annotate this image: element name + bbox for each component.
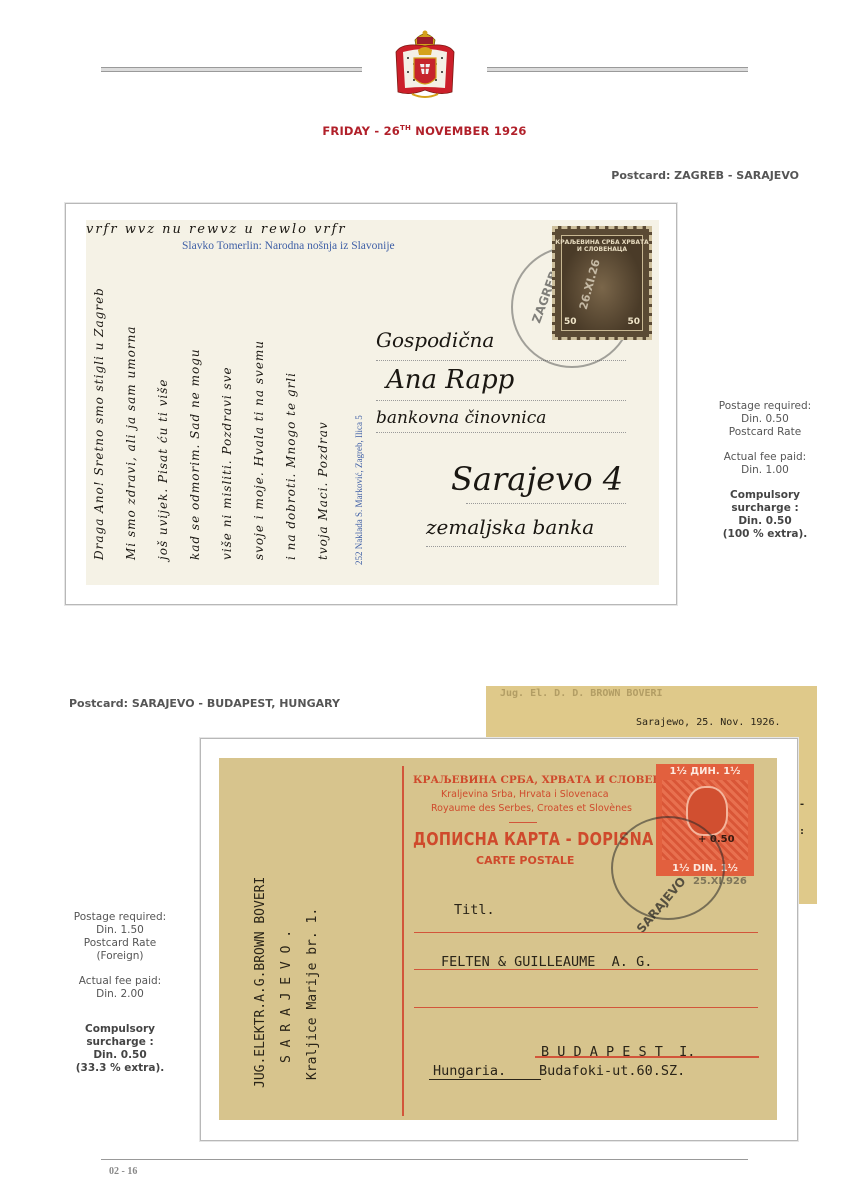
address-line	[414, 969, 758, 970]
actual-fee-block: Actual fee paid: Din. 2.00	[40, 975, 200, 1001]
address-line-1: Gospodična	[376, 328, 494, 352]
title-french: Royaume des Serbes, Croates et Slovènes	[431, 803, 632, 814]
page-date-title: FRIDAY - 26TH NOVEMBER 1926	[0, 124, 849, 138]
address-dotline	[426, 546, 626, 547]
postcard-sarajevo-budapest: JUG.ELEKTR.A.G.BROWN BOVERI S A R A J E …	[219, 758, 777, 1120]
surcharge-percent: (33.3 % extra).	[40, 1062, 200, 1075]
title-separator	[509, 822, 537, 823]
address-dotline	[376, 400, 626, 401]
message-topline: vrfr wvz nu rewvz u rewlo vrfr	[86, 222, 347, 237]
actual-fee-label: Actual fee paid:	[40, 975, 200, 988]
addr-country: Hungaria.	[433, 1063, 506, 1079]
sender-line-3: Kraljice Marije br. 1.	[305, 908, 320, 1080]
message-line: više ni misliti. Pozdravi sve	[220, 366, 234, 560]
address-line-4: Sarajevo 4	[451, 460, 623, 498]
message-line: još uvijek. Pisat ću ti više	[156, 379, 170, 560]
surcharge-percent: (100 % extra).	[690, 528, 840, 541]
postage-rate: Postcard Rate	[40, 937, 200, 950]
title-latin: Kraljevina Srba, Hrvata i Slovenaca	[441, 789, 609, 800]
postmark-date: 25.XI.926	[693, 876, 747, 887]
country-underline	[429, 1079, 541, 1080]
header-rule-left	[101, 67, 362, 72]
date-month-year: NOVEMBER 1926	[411, 124, 527, 138]
surcharge-value: Din. 0.50	[40, 1049, 200, 1062]
page-number: 02 - 16	[109, 1166, 137, 1177]
actual-fee-block: Actual fee paid: Din. 1.00	[690, 451, 840, 477]
surcharge-label: Compulsory	[690, 489, 840, 502]
date-day: FRIDAY - 26	[322, 124, 400, 138]
address-dotline	[466, 503, 626, 504]
postcard-zagreb-sarajevo: vrfr wvz nu rewvz u rewlo vrfr Slavko To…	[86, 220, 659, 585]
stamp-top-value: 1½ ДИН. 1½	[656, 766, 754, 777]
address-line-3: bankovna činovnica	[376, 408, 546, 428]
postage-rate: Postcard Rate	[690, 426, 840, 439]
address-dotline	[376, 432, 626, 433]
actual-fee-label: Actual fee paid:	[690, 451, 840, 464]
city-underline	[535, 1056, 759, 1058]
message-line: kad se odmorim. Sad ne mogu	[188, 348, 202, 560]
message-line: i na dobroti. Mnogo te grli	[284, 372, 298, 560]
publisher-line: Slavko Tomerlin: Narodna nošnja iz Slavo…	[182, 240, 395, 252]
surcharge-value: Din. 0.50	[690, 515, 840, 528]
date-ordinal: TH	[400, 124, 411, 132]
sender-line-2: S A R A J E V O .	[279, 930, 294, 1063]
postage-required-block: Postage required: Din. 1.50 Postcard Rat…	[40, 911, 200, 963]
actual-fee-value: Din. 2.00	[40, 988, 200, 1001]
item2-rate-notes: Postage required: Din. 1.50 Postcard Rat…	[40, 911, 200, 1087]
stamp-value-left: 50	[564, 317, 577, 327]
postage-required-label: Postage required:	[40, 911, 200, 924]
message-line: tvoja Maci. Pozdrav	[316, 421, 330, 560]
actual-fee-value: Din. 1.00	[690, 464, 840, 477]
item1-rate-notes: Postage required: Din. 0.50 Postcard Rat…	[690, 400, 840, 553]
footer-rule	[101, 1159, 748, 1160]
address-line-2: Ana Rapp	[386, 365, 514, 395]
header-rule-right	[487, 67, 748, 72]
surcharge-label: Compulsory	[40, 1023, 200, 1036]
stamp-value-right: 50	[627, 317, 640, 327]
item2-caption: Postcard: SARAJEVO - BUDAPEST, HUNGARY	[69, 697, 340, 710]
postage-required-value: Din. 0.50	[690, 413, 840, 426]
address-line	[414, 932, 758, 933]
sender-line-1: JUG.ELEKTR.A.G.BROWN BOVERI	[253, 877, 268, 1088]
addr-street: Budafoki-ut.60.SZ.	[539, 1063, 685, 1079]
title-cyrillic: КРАЉЕВИНА СРБА, ХРВАТА И СЛОВЕНАЦА	[413, 774, 690, 786]
surcharge-label-2: surcharge :	[690, 502, 840, 515]
address-line	[414, 1007, 758, 1008]
postage-scope: (Foreign)	[40, 950, 200, 963]
publisher-imprint: 252 Naklada S. Marković, Zagreb, Ilica 5	[354, 415, 364, 565]
message-line: Draga Ano! Sretno smo stigli u Zagreb	[92, 287, 106, 560]
message-line: svoje i moje. Hvala ti na svemu	[252, 340, 266, 560]
stamp-top-text: КРАЉЕВИНА СРБА ХРВАТА И СЛОВЕНАЦА	[555, 239, 649, 253]
address-line-5: zemaljska banka	[426, 515, 594, 539]
letter-date: Sarajewo, 25. Nov. 1926.	[636, 717, 781, 728]
postage-required-block: Postage required: Din. 0.50 Postcard Rat…	[690, 400, 840, 439]
surcharge-label-2: surcharge :	[40, 1036, 200, 1049]
item1-caption: Postcard: ZAGREB - SARAJEVO	[611, 169, 799, 182]
surcharge-block: Compulsory surcharge : Din. 0.50 (33.3 %…	[40, 1023, 200, 1075]
postage-stamp-50: КРАЉЕВИНА СРБА ХРВАТА И СЛОВЕНАЦА 50 50	[552, 226, 652, 340]
addr-name: FELTEN & GUILLEAUME A. G.	[441, 954, 652, 970]
postage-required-label: Postage required:	[690, 400, 840, 413]
letterhead: Jug. El. D. D. BROWN BOVERI	[500, 688, 663, 699]
divider-vertical	[402, 766, 404, 1116]
postage-required-value: Din. 1.50	[40, 924, 200, 937]
surcharge-block: Compulsory surcharge : Din. 0.50 (100 % …	[690, 489, 840, 541]
coat-of-arms-icon	[390, 28, 460, 106]
message-line: Mi smo zdravi, ali ja sam umorna	[124, 326, 138, 560]
card-subtitle: CARTE POSTALE	[476, 854, 574, 867]
addr-title: Titl.	[454, 902, 495, 918]
